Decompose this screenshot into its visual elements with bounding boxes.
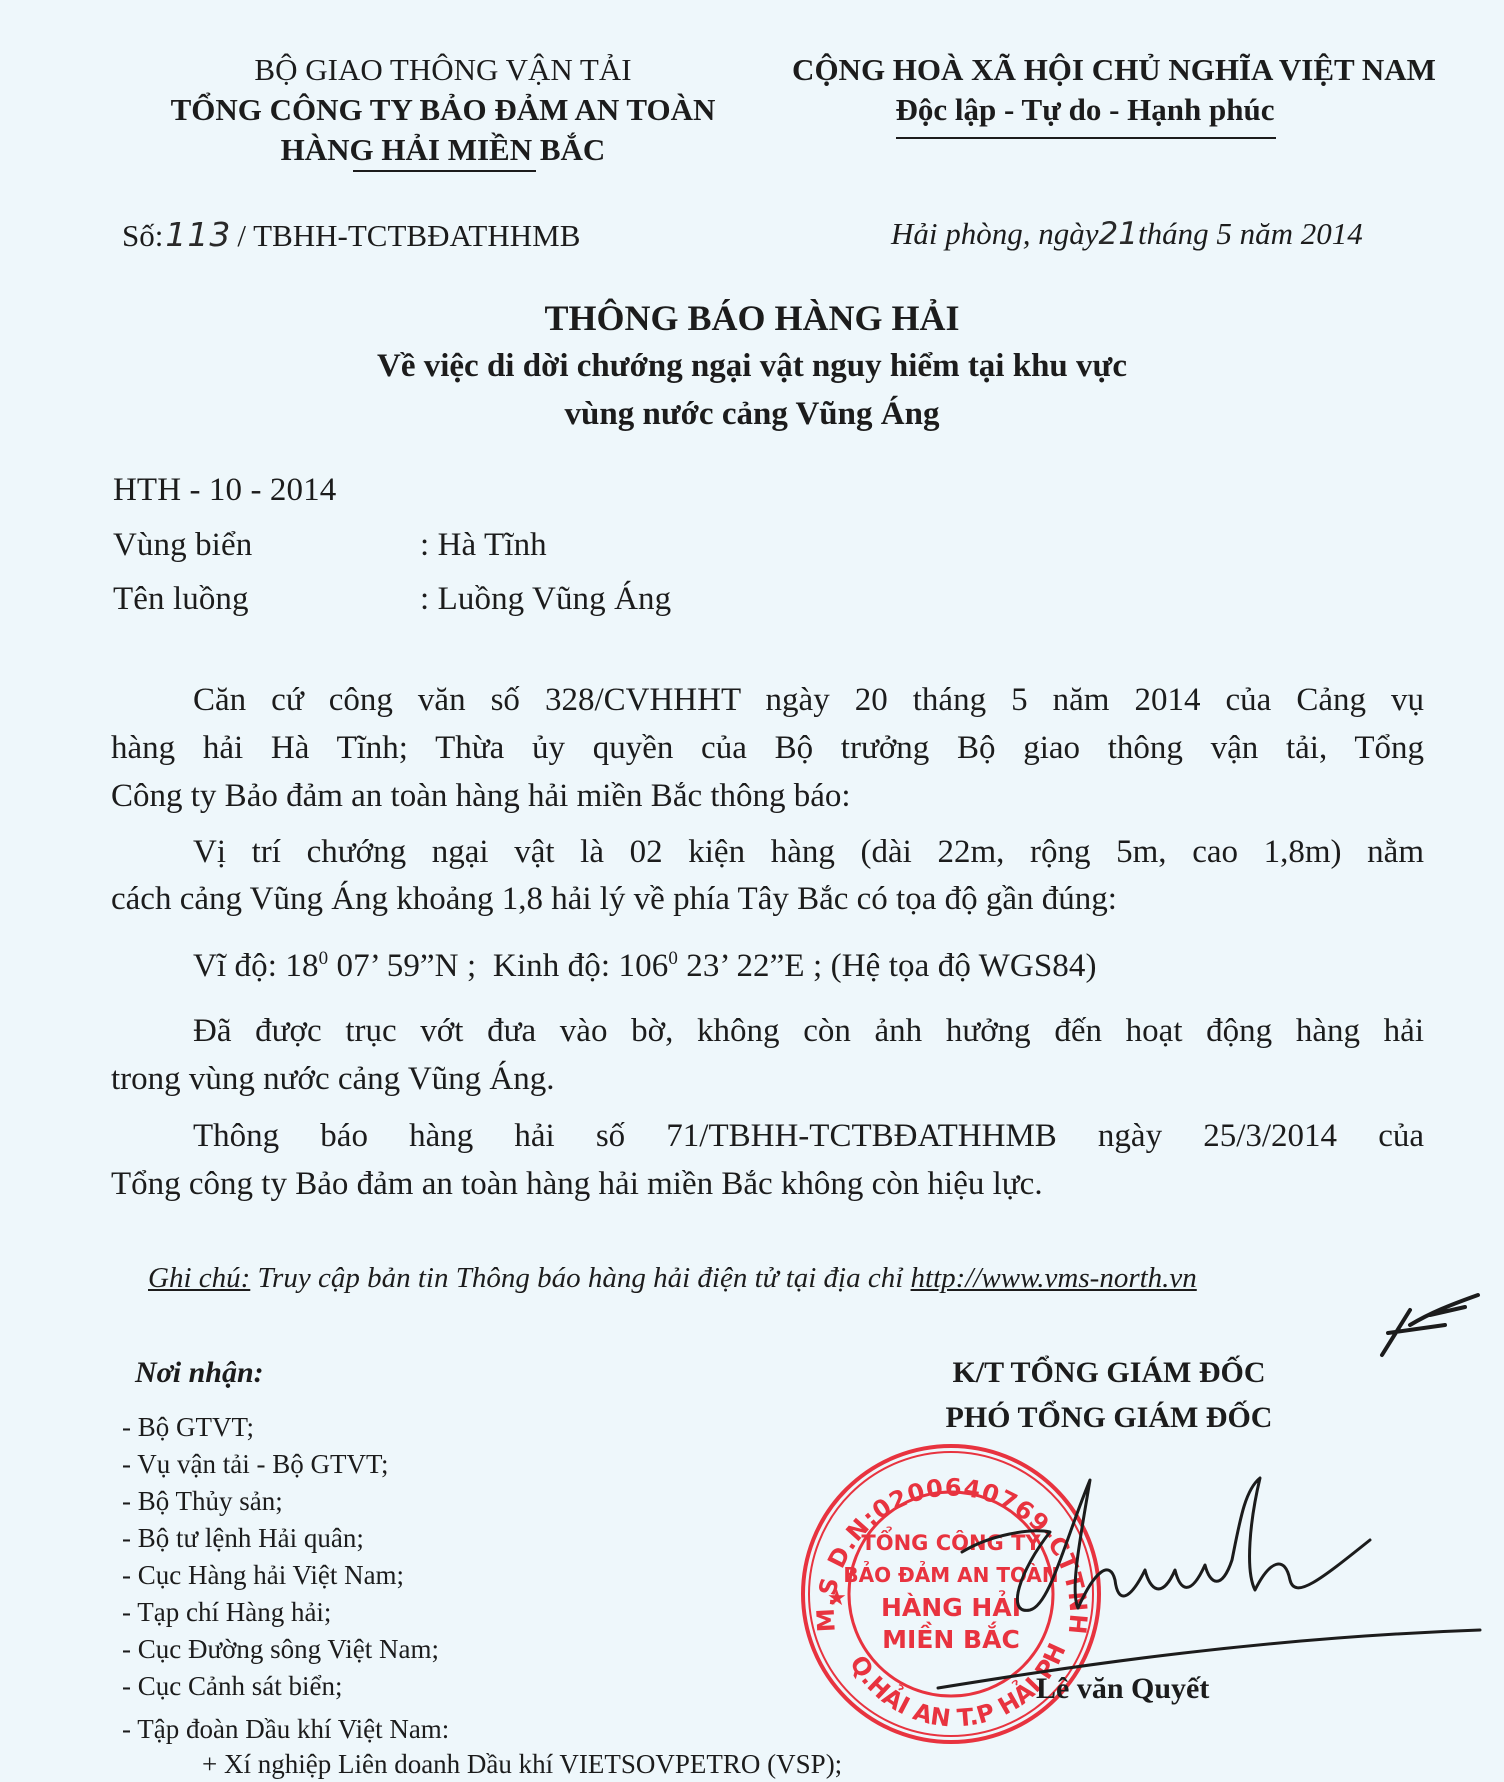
note-label: Ghi chú: — [148, 1262, 250, 1294]
document-page: BỘ GIAO THÔNG VẬN TẢI TỔNG CÔNG TY BẢO Đ… — [0, 0, 1504, 1782]
document-number: Số:113/ TBHH-TCTBĐATHHMB — [122, 218, 580, 251]
number-prefix: Số: — [122, 218, 163, 253]
meta-value-sea-area: : Hà Tĩnh — [420, 529, 547, 562]
para3-line1: Đã được trục vớt đưa vào bờ, không còn ả… — [193, 1015, 1424, 1048]
meta-label-sea-area: Vùng biển — [113, 529, 252, 562]
note-text: Truy cập bản tin Thông báo hàng hải điện… — [250, 1262, 910, 1294]
notice-code: HTH - 10 - 2014 — [113, 474, 336, 507]
document-subtitle-line2: vùng nước cảng Vũng Áng — [565, 398, 940, 431]
longitude-label: Kinh độ: 106 — [476, 948, 668, 984]
para1-line3: Công ty Bảo đảm an toàn hàng hải miền Bắ… — [111, 780, 1424, 813]
date-prefix: Hải phòng, ngày — [891, 216, 1099, 251]
initial-mark-icon — [1370, 1285, 1490, 1360]
latitude-value: 07’ 59”N ; — [328, 948, 476, 984]
number-handwritten: 113 — [165, 215, 231, 254]
header-left-underline — [353, 170, 536, 172]
coordinates: Vĩ độ: 180 07’ 59”N ; Kinh độ: 1060 23’ … — [193, 949, 1097, 983]
latitude-label: Vĩ độ: 18 — [193, 948, 319, 984]
company-name-line2: HÀNG HẢI MIỀN BẮC — [281, 134, 606, 165]
recipient-item: - Cục Đường sông Việt Nam; — [122, 1636, 439, 1663]
para4-line1: Thông báo hàng hải số 71/TBHH-TCTBĐATHHM… — [193, 1120, 1424, 1153]
header-right-underline — [896, 137, 1276, 139]
website-link[interactable]: http://www.vms-north.vn — [911, 1262, 1197, 1294]
date-suffix: tháng 5 năm 2014 — [1138, 216, 1363, 251]
recipient-item: - Cục Cảnh sát biển; — [122, 1673, 342, 1700]
recipient-item: - Cục Hàng hải Việt Nam; — [122, 1562, 404, 1589]
para1-line2: hàng hải Hà Tĩnh; Thừa ủy quyền của Bộ t… — [111, 732, 1424, 765]
recipient-item: - Tạp chí Hàng hải; — [122, 1599, 331, 1626]
note-line: Ghi chú: Truy cập bản tin Thông báo hàng… — [148, 1264, 1197, 1293]
longitude-value: 23’ 22”E ; (Hệ tọa độ WGS84) — [678, 948, 1097, 984]
recipient-item: - Bộ tư lệnh Hải quân; — [122, 1525, 364, 1552]
para1-line1: Căn cứ công văn số 328/CVHHHT ngày 20 th… — [193, 684, 1424, 717]
svg-text:★: ★ — [827, 1586, 847, 1611]
meta-value-channel: : Luồng Vũng Áng — [420, 583, 671, 616]
document-title: THÔNG BÁO HÀNG HẢI — [544, 300, 959, 336]
company-name-line1: TỔNG CÔNG TY BẢO ĐẢM AN TOÀN — [171, 94, 716, 125]
document-date: Hải phòng, ngày21tháng 5 năm 2014 — [891, 218, 1363, 250]
date-day-handwritten: 21 — [1099, 216, 1138, 252]
recipient-sub-item: + Xí nghiệp Liên doanh Dầu khí VIETSOVPE… — [202, 1751, 842, 1778]
recipient-item: - Bộ Thủy sản; — [122, 1488, 283, 1515]
para3-line2: trong vùng nước cảng Vũng Áng. — [111, 1063, 1424, 1096]
recipient-item: - Vụ vận tải - Bộ GTVT; — [122, 1451, 388, 1478]
para2-line2: cách cảng Vũng Áng khoảng 1,8 hải lý về … — [111, 883, 1424, 916]
degree-mark: 0 — [319, 948, 329, 969]
handwritten-signature-icon — [900, 1440, 1504, 1690]
degree-mark: 0 — [668, 948, 678, 969]
national-motto: Độc lập - Tự do - Hạnh phúc — [896, 94, 1275, 125]
signer-title: PHÓ TỔNG GIÁM ĐỐC — [946, 1403, 1273, 1433]
para2-line1: Vị trí chướng ngại vật là 02 kiện hàng (… — [193, 836, 1424, 869]
meta-label-channel: Tên luồng — [113, 583, 249, 616]
para4-line2: Tổng công ty Bảo đảm an toàn hàng hải mi… — [111, 1168, 1424, 1201]
recipients-heading: Nơi nhận: — [135, 1358, 264, 1388]
number-suffix: / TBHH-TCTBĐATHHMB — [237, 218, 580, 253]
recipient-item: - Bộ GTVT; — [122, 1414, 254, 1441]
ministry-name: BỘ GIAO THÔNG VẬN TẢI — [254, 54, 631, 85]
country-name: CỘNG HOÀ XÃ HỘI CHỦ NGHĨA VIỆT NAM — [792, 54, 1436, 85]
signer-authority: K/T TỔNG GIÁM ĐỐC — [952, 1358, 1265, 1388]
document-subtitle-line1: Về việc di dời chướng ngại vật nguy hiểm… — [377, 350, 1127, 383]
signer-name: Lê văn Quyết — [1036, 1674, 1209, 1704]
recipient-item: - Tập đoàn Dầu khí Việt Nam: — [122, 1716, 449, 1743]
